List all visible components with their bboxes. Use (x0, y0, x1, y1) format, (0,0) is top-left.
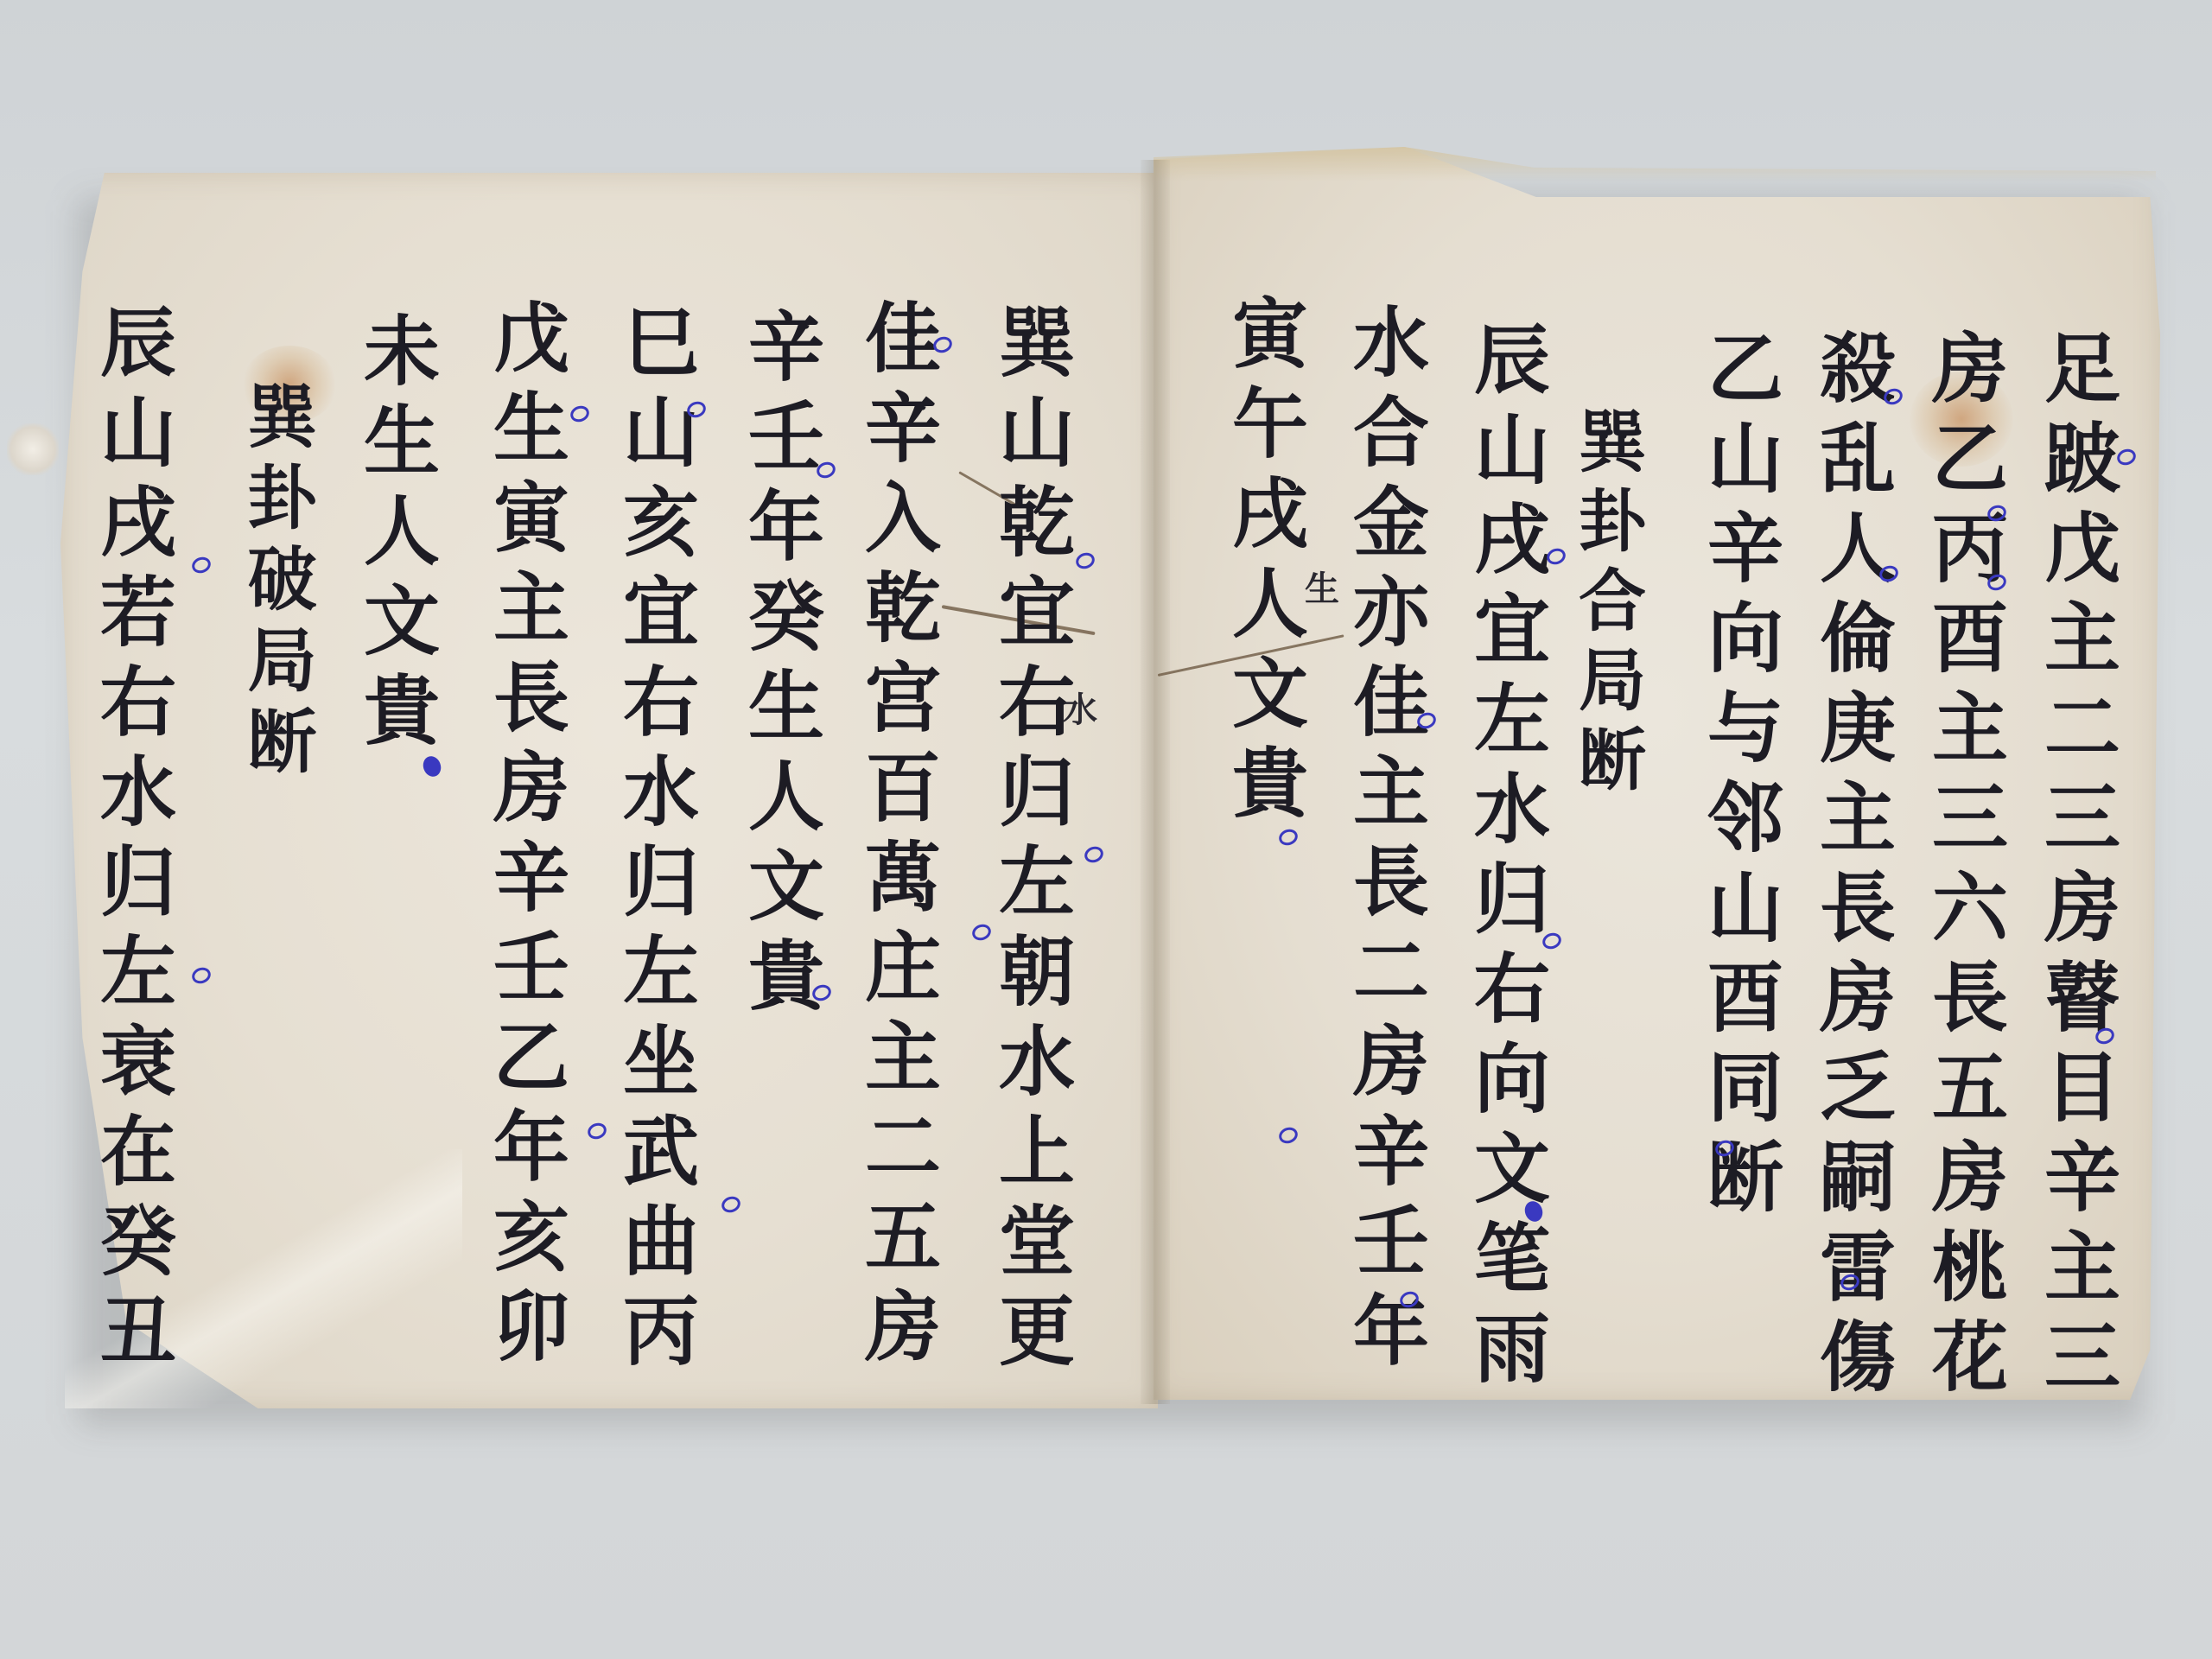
text-column: 未生人文貴 (359, 311, 435, 760)
interlinear-note: 生 (1305, 562, 1339, 611)
text-column: 巳山亥宜右水归左坐武曲丙 (618, 302, 694, 1381)
book-spine (1141, 160, 1170, 1404)
interlinear-note: 水 (1063, 683, 1097, 732)
text-column: 房乙丙酉主三六長五房桃花 (1927, 328, 2003, 1407)
text-column: 寅午戌人文貴 (1227, 294, 1303, 833)
text-column: 辛壬年癸生人文貴 (743, 307, 819, 1026)
text-column: 戊生寅主長房辛壬乙年亥卯 (488, 298, 564, 1376)
torn-top-edge (1154, 147, 2156, 181)
text-column: 水合金亦佳主長二房辛壬年 (1348, 302, 1424, 1381)
text-column: 足跛戊主二三房瞽目辛主三 (2039, 328, 2115, 1407)
section-heading: 巽卦合局断 (1573, 406, 1640, 804)
text-column: 殺乱人倫庚主長房乏嗣雷傷 (1815, 328, 1891, 1407)
text-column: 佳辛入乾宫百萬庄主二五房 (860, 298, 936, 1376)
text-column: 辰山戌宜左水归右向文笔雨 (1469, 320, 1545, 1398)
section-heading: 巽卦破局断 (242, 380, 311, 786)
text-column: 乙山辛向与邻山酉同断 (1702, 328, 1778, 1227)
binding-thread (7, 423, 59, 475)
text-column: 巽山乾宜右归左朝水上堂更 (994, 302, 1070, 1381)
text-column: 辰山戌若右水归左衰在癸丑 (95, 302, 171, 1381)
